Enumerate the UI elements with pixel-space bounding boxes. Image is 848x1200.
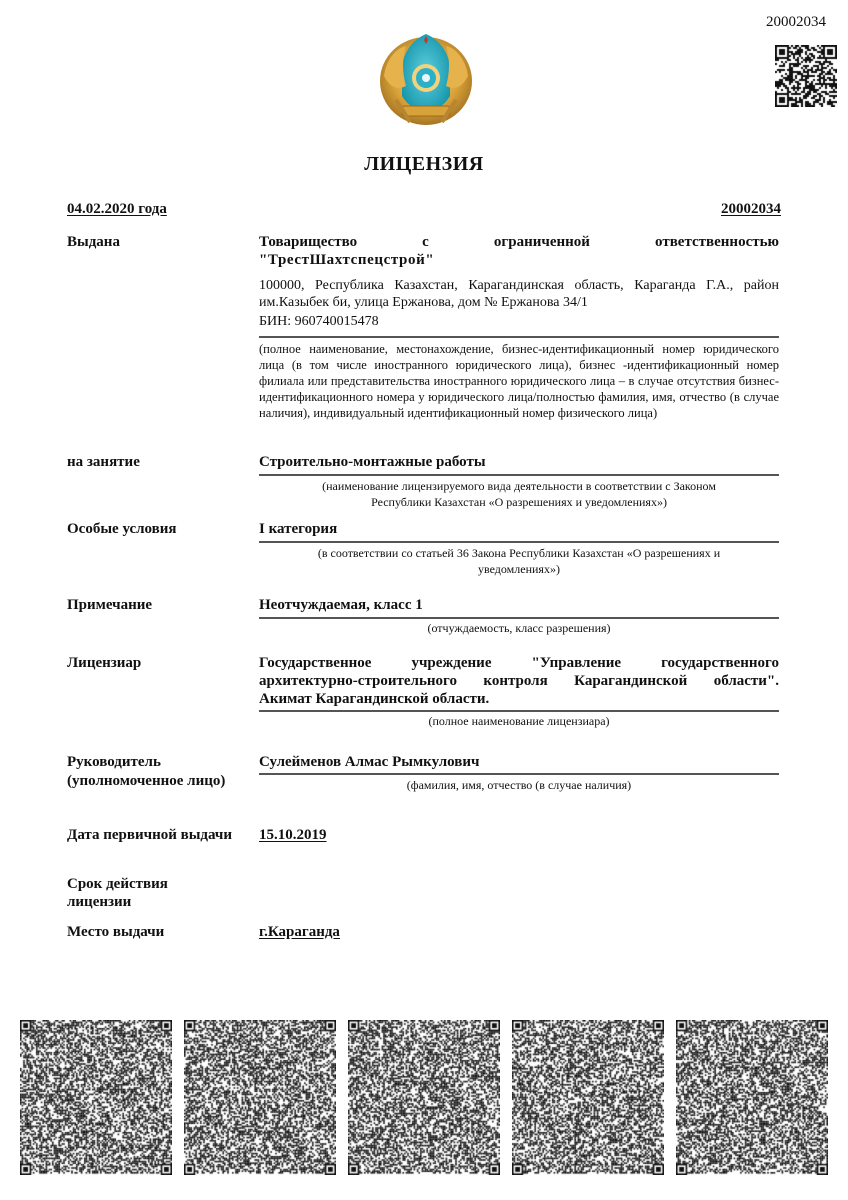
qr-code-5: [676, 1020, 828, 1175]
head-note: (фамилия, имя, отчество (в случае наличи…: [259, 777, 779, 793]
remark-label: Примечание: [67, 596, 152, 615]
place-of-issue-label: Место выдачи: [67, 923, 164, 942]
head-value: Сулейменов Алмас Рымкулович: [259, 753, 779, 771]
head-label-line1: Руководитель: [67, 753, 161, 772]
license-number: 20002034: [721, 201, 781, 218]
activity-note-line2: Республики Казахстан «О разрешениях и ув…: [259, 494, 779, 510]
validity-label-line1: Срок действия: [67, 875, 168, 894]
state-emblem-icon: [372, 26, 480, 136]
activity-value: Строительно-монтажные работы: [259, 453, 779, 471]
licensor-label: Лицензиар: [67, 654, 141, 673]
document-number-top: 20002034: [766, 14, 826, 31]
issued-to-company-line2: "ТрестШахтспецстрой": [259, 251, 779, 269]
licensor-note: (полное наименование лицензиара): [259, 713, 779, 729]
first-issue-date-value: 15.10.2019: [259, 826, 327, 844]
activity-note-line1: (наименование лицензируемого вида деятел…: [259, 478, 779, 494]
licensor-value-line1: Государственное учреждение "Управление г…: [259, 654, 779, 672]
qr-code-1: [20, 1020, 172, 1175]
qr-code-2: [184, 1020, 336, 1175]
qr-code-4: [512, 1020, 664, 1175]
divider: [259, 474, 779, 476]
licensor-value-line3: Акимат Карагандинской области.: [259, 690, 779, 708]
special-conditions-value: I категория: [259, 520, 779, 538]
activity-label: на занятие: [67, 453, 140, 472]
divider: [259, 541, 779, 543]
issued-to-note: (полное наименование, местонахождение, б…: [259, 341, 779, 421]
qr-code-3: [348, 1020, 500, 1175]
issued-to-address: 100000, Республика Казахстан, Карагандин…: [259, 277, 779, 311]
licensor-value-line2: архитектурно-строительного контроля Кара…: [259, 672, 779, 690]
remark-note: (отчуждаемость, класс разрешения): [259, 620, 779, 636]
issued-to-label: Выдана: [67, 233, 120, 252]
divider: [259, 617, 779, 619]
special-conditions-note-line2: уведомлениях»): [259, 561, 779, 577]
document-title: ЛИЦЕНЗИЯ: [0, 153, 848, 176]
issue-date: 04.02.2020 года: [67, 201, 167, 218]
divider: [259, 710, 779, 712]
issued-to-company-line1: Товарищество с ограниченной ответственно…: [259, 233, 779, 251]
place-of-issue-value: г.Караганда: [259, 923, 340, 941]
divider: [259, 773, 779, 775]
remark-value: Неотчуждаемая, класс 1: [259, 596, 779, 614]
divider: [259, 336, 779, 338]
issued-to-bin: БИН: 960740015478: [259, 313, 779, 330]
first-issue-date-label: Дата первичной выдачи: [67, 826, 232, 845]
special-conditions-note-line1: (в соответствии со статьей 36 Закона Рес…: [259, 545, 779, 561]
validity-label-line2: лицензии: [67, 893, 131, 912]
head-label-line2: (уполномоченное лицо): [67, 772, 225, 791]
qr-code-icon: [775, 45, 837, 107]
special-conditions-label: Особые условия: [67, 520, 177, 539]
